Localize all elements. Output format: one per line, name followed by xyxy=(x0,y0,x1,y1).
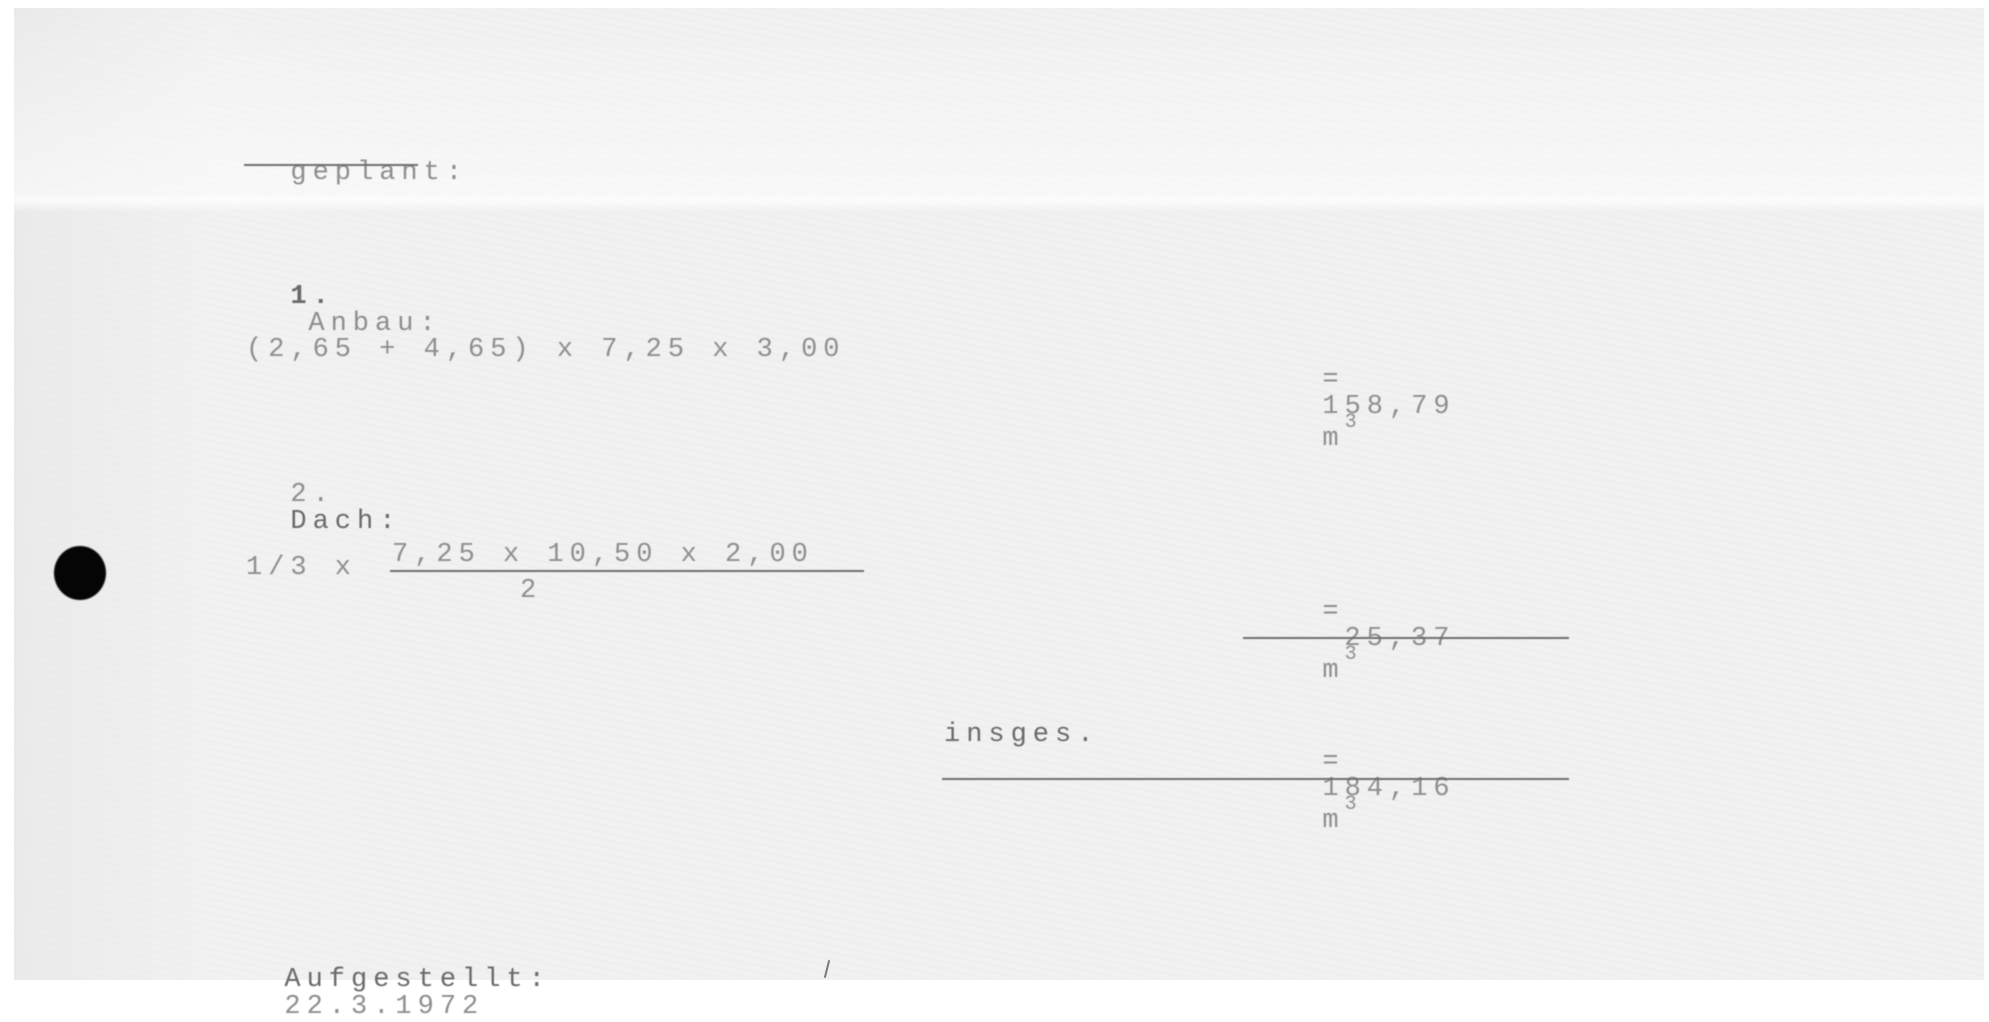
total-result-unit: m xyxy=(1322,806,1344,836)
item-1-number: 1. xyxy=(290,282,334,312)
item-1-result-prefix: = xyxy=(1322,365,1344,395)
total-rule xyxy=(942,778,1569,780)
paper-fold xyxy=(14,196,1984,202)
heading-text: geplant: xyxy=(290,158,468,188)
item-2-result-unit: m xyxy=(1322,656,1344,686)
item-2-formula-numerator: 7,25 x 10,50 x 2,00 xyxy=(392,542,814,569)
item-2-result: = 25,37 m3 xyxy=(1278,572,1455,685)
hole-punch xyxy=(54,546,106,600)
heading-underline xyxy=(244,164,418,166)
item-2-result-value: 25,37 xyxy=(1344,624,1455,654)
item-1-title: 1. Anbau: xyxy=(246,257,442,338)
item-2-result-prefix: = xyxy=(1322,597,1344,627)
item-1-result-value: 158,79 xyxy=(1322,392,1455,422)
total-label: insges. xyxy=(944,722,1099,749)
item-2-number: 2. xyxy=(290,480,334,510)
item-2-fraction-bar xyxy=(390,570,864,572)
item-2-title: 2. Dach: xyxy=(246,455,401,536)
total-result-prefix: = xyxy=(1322,747,1344,777)
total-result-exponent: 3 xyxy=(1345,793,1357,816)
item-1-result: = 158,79 m3 xyxy=(1278,340,1456,453)
item-1-result-unit: m xyxy=(1322,424,1344,454)
item-2-label: Dach: xyxy=(290,507,401,537)
item-1-result-exponent: 3 xyxy=(1345,411,1357,434)
item-2-result-exponent: 3 xyxy=(1345,643,1357,666)
footer: Aufgestellt: 22.3.1972 xyxy=(240,940,551,986)
item-2-formula-prefix: 1/3 x xyxy=(246,555,357,582)
item-2-formula-denominator: 2 xyxy=(520,578,542,605)
subtotal-rule xyxy=(1243,637,1569,639)
item-1-formula: (2,65 + 4,65) x 7,25 x 3,00 xyxy=(246,337,845,364)
footer-label: Aufgestellt: xyxy=(284,965,550,986)
heading: geplant: xyxy=(246,133,468,187)
